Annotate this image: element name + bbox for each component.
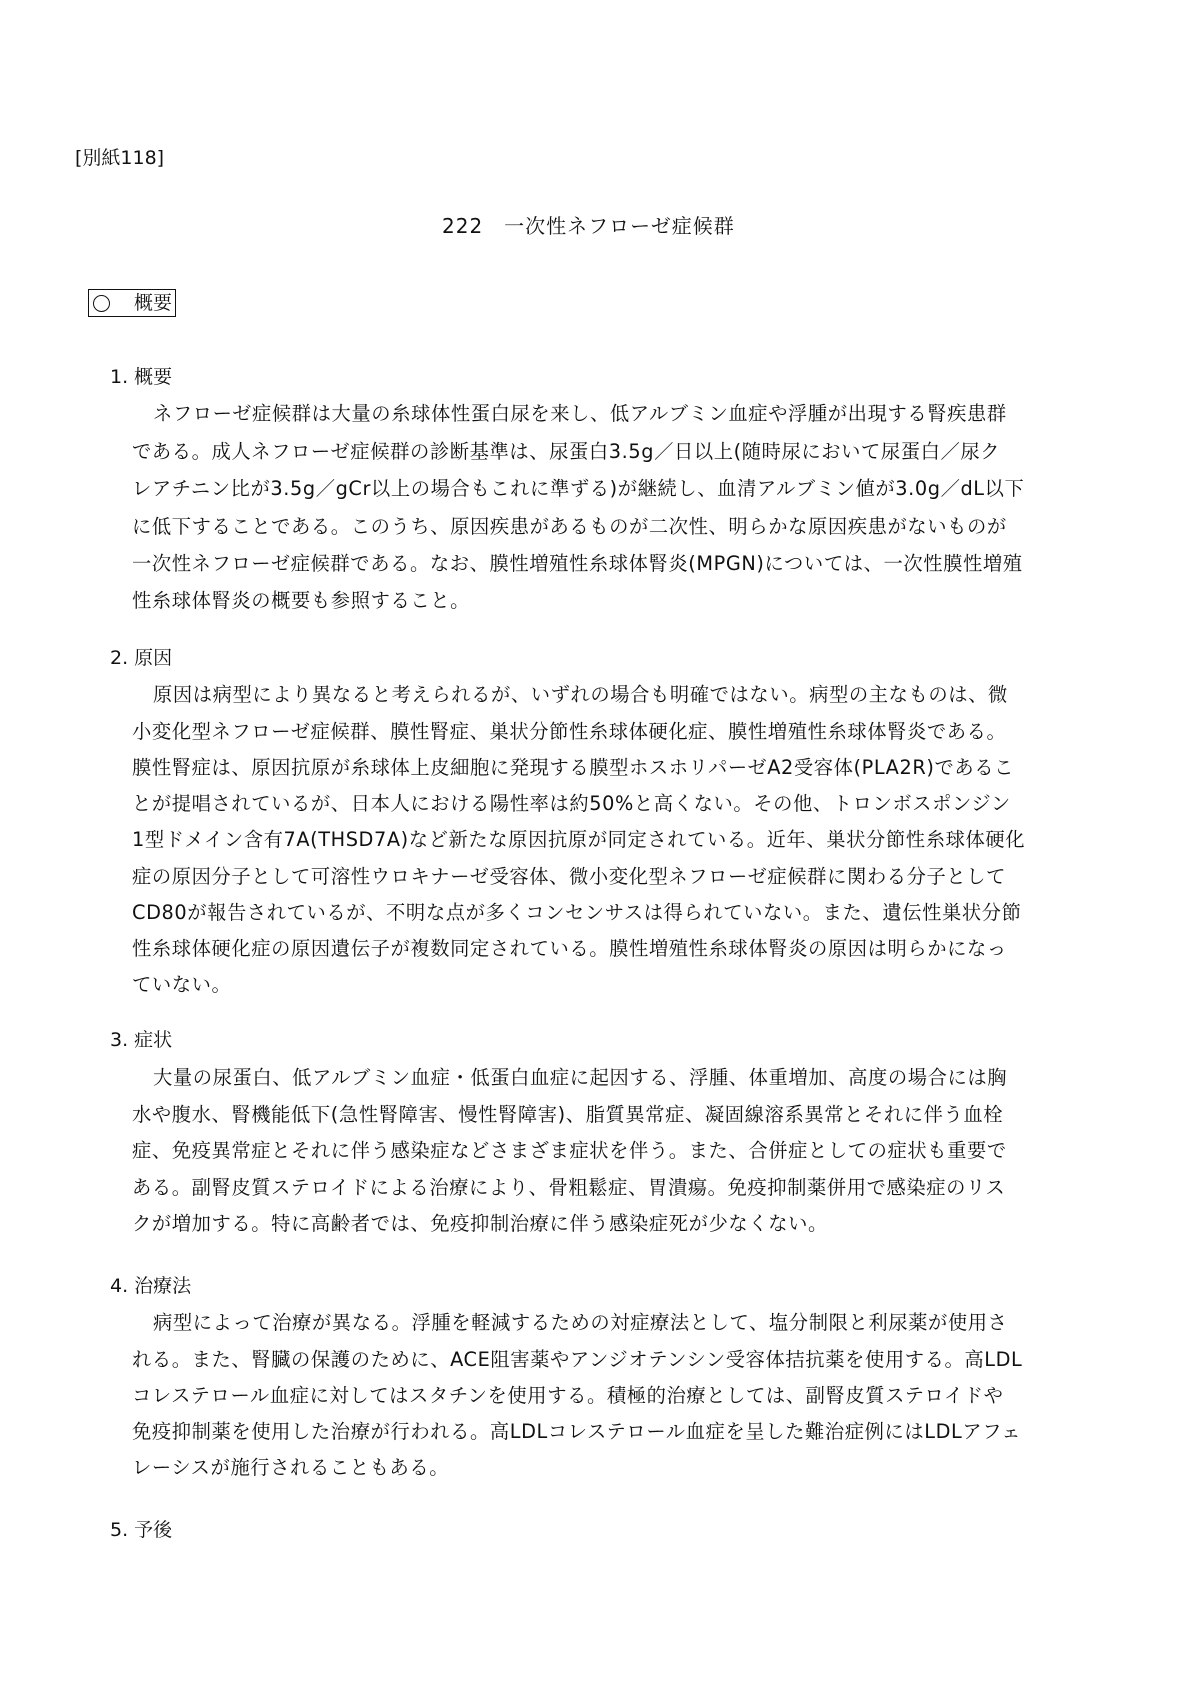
- document-label: [別紙118]: [75, 143, 164, 170]
- paragraph-line: CD80が報告されているが、不明な点が多くコンセンサスは得られていない。また、遺…: [132, 897, 1092, 925]
- paragraph-line: ある。副腎皮質ステロイドによる治療により、骨粗鬆症、胃潰瘍。免疫抑制薬併用で感染…: [132, 1172, 1092, 1200]
- boxed-heading-label: 概要: [134, 290, 172, 316]
- paragraph-line: 大量の尿蛋白、低アルブミン血症・低蛋白血症に起因する、浮腫、体重増加、高度の場合…: [153, 1062, 1113, 1090]
- circle-icon: [93, 295, 110, 312]
- paragraph-line: である。成人ネフローゼ症候群の診断基準は、尿蛋白3.5g／日以上(随時尿において…: [132, 436, 1092, 464]
- page-title: 222 一次性ネフローゼ症候群: [442, 210, 735, 239]
- paragraph-line: とが提唱されているが、日本人における陽性率は約50%と高くない。その他、トロンボ…: [132, 788, 1092, 816]
- paragraph-line: 1型ドメイン含有7A(THSD7A)など新たな原因抗原が同定されている。近年、巣…: [132, 824, 1092, 852]
- paragraph-line: レーシスが施行されることもある。: [132, 1452, 1092, 1480]
- paragraph-line: に低下することである。このうち、原因疾患があるものが二次性、明らかな原因疾患がな…: [132, 511, 1092, 539]
- paragraph-line: 水や腹水、腎機能低下(急性腎障害、慢性腎障害)、脂質異常症、凝固線溶系異常とそれ…: [132, 1099, 1092, 1127]
- paragraph-line: 性糸球体腎炎の概要も参照すること。: [132, 585, 1092, 613]
- paragraph-line: れる。また、腎臓の保護のために、ACE阻害薬やアンジオテンシン受容体拮抗薬を使用…: [132, 1344, 1092, 1372]
- paragraph-line: 症の原因分子として可溶性ウロキナーゼ受容体、微小変化型ネフローゼ症候群に関わる分…: [132, 861, 1092, 889]
- section-heading: 4. 治療法: [110, 1271, 191, 1298]
- paragraph-line: 小変化型ネフローゼ症候群、膜性腎症、巣状分節性糸球体硬化症、膜性増殖性糸球体腎炎…: [132, 716, 1092, 744]
- paragraph-line: 性糸球体硬化症の原因遺伝子が複数同定されている。膜性増殖性糸球体腎炎の原因は明ら…: [132, 933, 1092, 961]
- paragraph-line: コレステロール血症に対してはスタチンを使用する。積極的治療としては、副腎皮質ステ…: [132, 1380, 1092, 1408]
- paragraph-line: ていない。: [132, 969, 1092, 997]
- paragraph-line: 症、免疫異常症とそれに伴う感染症などさまざま症状を伴う。また、合併症としての症状…: [132, 1135, 1092, 1163]
- paragraph-line: クが増加する。特に高齢者では、免疫抑制治療に伴う感染症死が少なくない。: [132, 1208, 1092, 1236]
- section-heading: 5. 予後: [110, 1515, 172, 1542]
- section-heading: 2. 原因: [110, 643, 172, 670]
- paragraph-line: 免疫抑制薬を使用した治療が行われる。高LDLコレステロール血症を呈した難治症例に…: [132, 1416, 1092, 1444]
- section-heading: 3. 症状: [110, 1025, 172, 1052]
- paragraph-line: ネフローゼ症候群は大量の糸球体性蛋白尿を来し、低アルブミン血症や浮腫が出現する腎…: [153, 398, 1113, 426]
- section-heading: 1. 概要: [110, 362, 172, 389]
- paragraph-line: 原因は病型により異なると考えられるが、いずれの場合も明確ではない。病型の主なもの…: [153, 679, 1113, 707]
- paragraph-line: 一次性ネフローゼ症候群である。なお、膜性増殖性糸球体腎炎(MPGN)については、…: [132, 548, 1092, 576]
- paragraph-line: 病型によって治療が異なる。浮腫を軽減するための対症療法として、塩分制限と利尿薬が…: [153, 1307, 1113, 1335]
- paragraph-line: 膜性腎症は、原因抗原が糸球体上皮細胞に発現する膜型ホスホリパーゼA2受容体(PL…: [132, 752, 1092, 780]
- paragraph-line: レアチニン比が3.5g／gCr以上の場合もこれに準ずる)が継続し、血清アルブミン…: [132, 473, 1092, 501]
- boxed-section-heading: 概要: [88, 289, 176, 317]
